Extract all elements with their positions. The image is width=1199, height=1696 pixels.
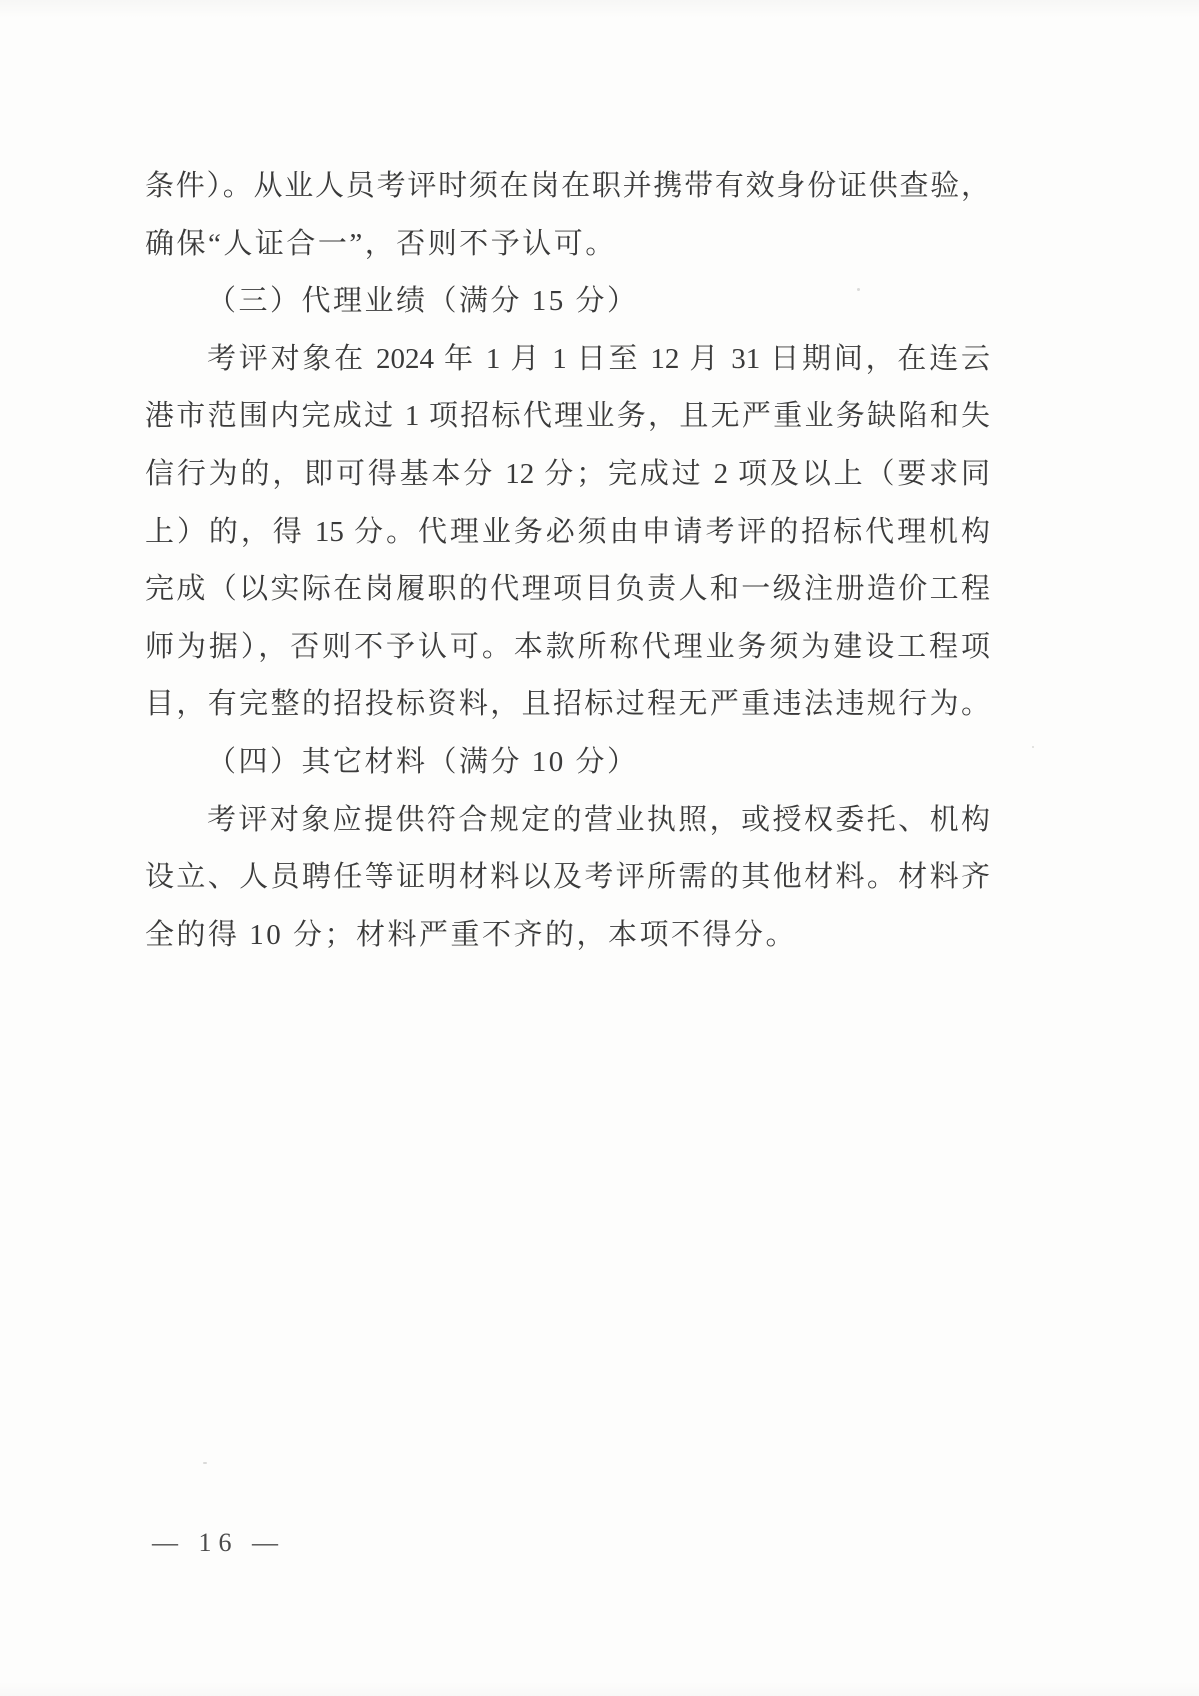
paragraph-line: 信行为的，即可得基本分 12 分；完成过 2 项及以上（要求同 [145,446,990,504]
paragraph-line: 条件）。从业人员考评时须在岗在职并携带有效身份证供查验， [145,158,990,216]
paragraph-line: 确保“人证合一”，否则不予认可。 [145,216,990,274]
paragraph-line: 考评对象在 2024 年 1 月 1 日至 12 月 31 日期间，在连云 [145,331,990,389]
paragraph-line: 完成（以实际在岗履职的代理项目负责人和一级注册造价工程 [145,561,990,619]
paragraph-line: 全的得 10 分；材料严重不齐的，本项不得分。 [145,907,990,965]
page-number: — 16 — [152,1528,285,1558]
scan-speck [203,1462,207,1464]
paragraph-line: 考评对象应提供符合规定的营业执照，或授权委托、机构 [145,792,990,850]
paragraph-line: 设立、人员聘任等证明材料以及考评所需的其他材料。材料齐 [145,849,990,907]
scan-speck [155,932,157,934]
section-3-heading: （三）代理业绩（满分 15 分） [145,273,990,331]
scan-speck [857,288,860,291]
section-4-heading: （四）其它材料（满分 10 分） [145,734,990,792]
paragraph-line: 师为据），否则不予认可。本款所称代理业务须为建设工程项 [145,619,990,677]
paragraph-line: 目，有完整的招投标资料，且招标过程无严重违法违规行为。 [145,676,990,734]
document-page: 条件）。从业人员考评时须在岗在职并携带有效身份证供查验， 确保“人证合一”，否则… [0,0,1199,1696]
paragraph-line: 港市范围内完成过 1 项招标代理业务，且无严重业务缺陷和失 [145,388,990,446]
scan-speck [1032,746,1034,748]
document-body: 条件）。从业人员考评时须在岗在职并携带有效身份证供查验， 确保“人证合一”，否则… [145,158,990,964]
paragraph-line: 上）的，得 15 分。代理业务必须由申请考评的招标代理机构 [145,504,990,562]
